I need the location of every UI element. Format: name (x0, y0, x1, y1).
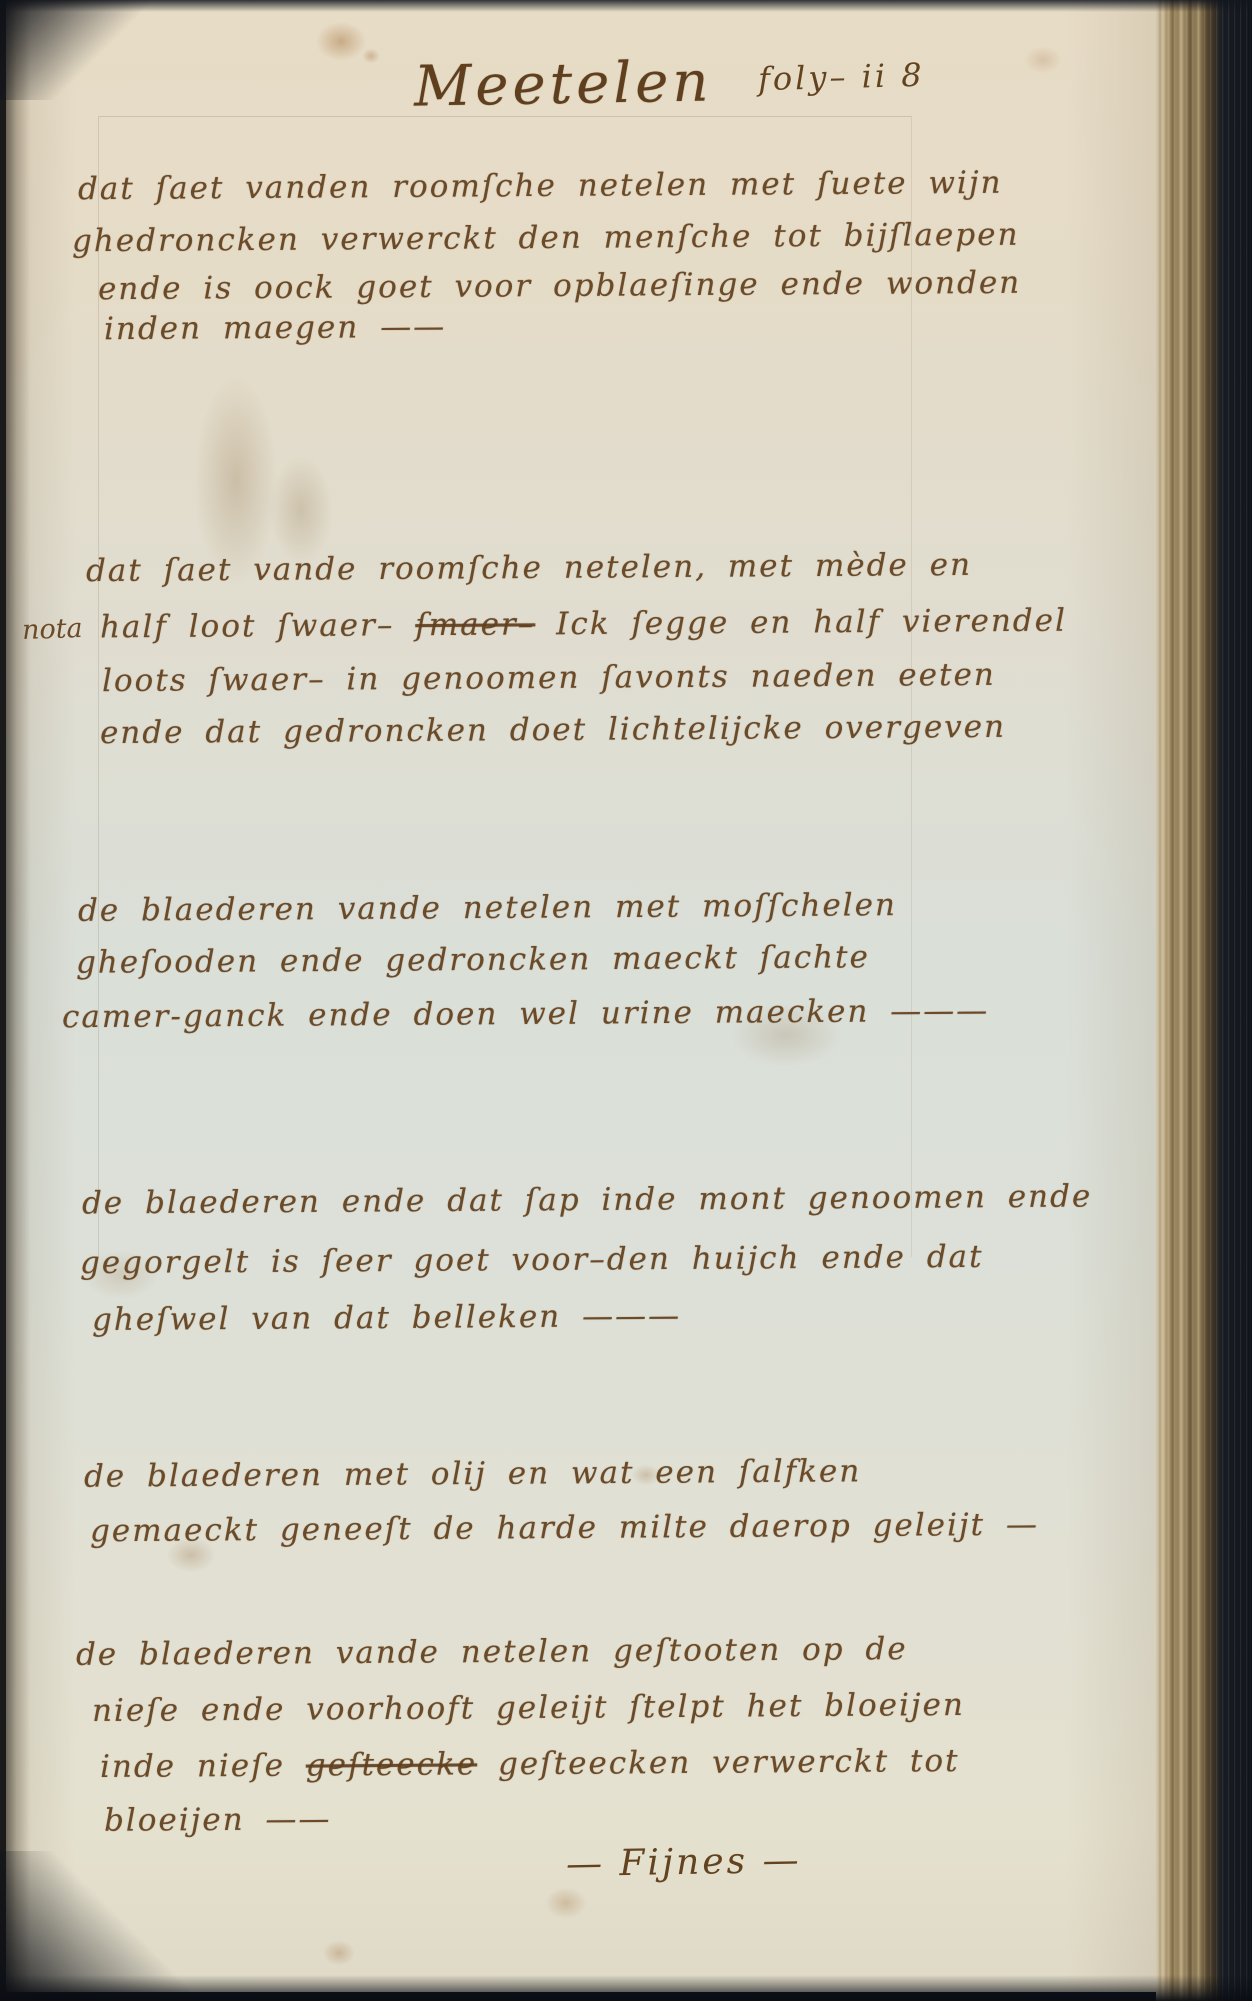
manuscript-page: Meetelen foly– ii 8 dat ſaet vanden room… (6, 0, 1164, 1992)
manuscript-line: loots ſwaer– in genoomen ſavonts naeden … (102, 657, 996, 699)
manuscript-line: half loot ſwaer– ſmaer– Ick ſegge en hal… (100, 603, 1067, 646)
line-segment: geſteecken verwerckt tot (498, 1743, 960, 1782)
manuscript-line: de blaederen vande netelen geſtooten op … (76, 1631, 908, 1673)
manuscript-line: gemaeckt geneeſt de harde milte daerop g… (90, 1507, 1039, 1550)
manuscript-line: bloeijen —— (104, 1801, 332, 1839)
manuscript-line: camer-ganck ende doen wel urine maecken … (62, 993, 989, 1035)
manuscript-line: inden maegen —— (104, 309, 446, 347)
manuscript-line: nieſe ende voorhooft geleijt ſtelpt het … (92, 1687, 965, 1729)
line-segment: inde nieſe (100, 1748, 285, 1785)
manuscript-line: ende is oock goet voor opblaeſinge ende … (98, 265, 1021, 307)
manuscript-line: dat ſaet vanden roomſche netelen met ſue… (78, 165, 1003, 207)
book-binding-shadow (0, 0, 30, 2001)
margin-note: nota (21, 613, 83, 646)
folio-number: foly– ii 8 (758, 56, 926, 98)
line-segment: half loot ſwaer– (100, 607, 395, 645)
manuscript-line: de blaederen met olij en wat een ſalfken (84, 1453, 861, 1494)
manuscript-line: dat ſaet vande roomſche netelen, met mèd… (86, 547, 972, 589)
photo-edge-top (0, 0, 1252, 12)
photo-edge-bottom (0, 1975, 1252, 2001)
struck-word: ſmaer– (415, 606, 535, 643)
page-title: Meetelen (413, 49, 712, 119)
manuscript-line: de blaederen ende dat ſap inde mont geno… (82, 1178, 1092, 1221)
struck-word: geſteecke (306, 1746, 478, 1783)
manuscript-line: de blaederen vande netelen met moſſchele… (78, 887, 897, 929)
manuscript-scan: Meetelen foly– ii 8 dat ſaet vanden room… (0, 0, 1252, 2001)
manuscript-line: ende dat gedroncken doet lichtelijcke ov… (100, 709, 1006, 751)
manuscript-line: gheſooden ende gedroncken maeckt ſachte (76, 939, 870, 981)
manuscript-line: inde nieſe geſteecke geſteecken verwerck… (100, 1743, 960, 1785)
book-page-edges (1156, 0, 1252, 2001)
manuscript-line: gheſwel van dat belleken ——— (92, 1298, 681, 1338)
line-segment: Ick ſegge en half vierendel (556, 603, 1067, 643)
manuscript-line: gegorgelt is ſeer goet voor–den huijch e… (80, 1239, 984, 1281)
manuscript-line: ghedroncken verwerckt den menſche tot bi… (72, 217, 1020, 260)
finis-mark: — Fijnes — (566, 1840, 802, 1885)
photo-corner-shadow-top-left (0, 0, 150, 100)
